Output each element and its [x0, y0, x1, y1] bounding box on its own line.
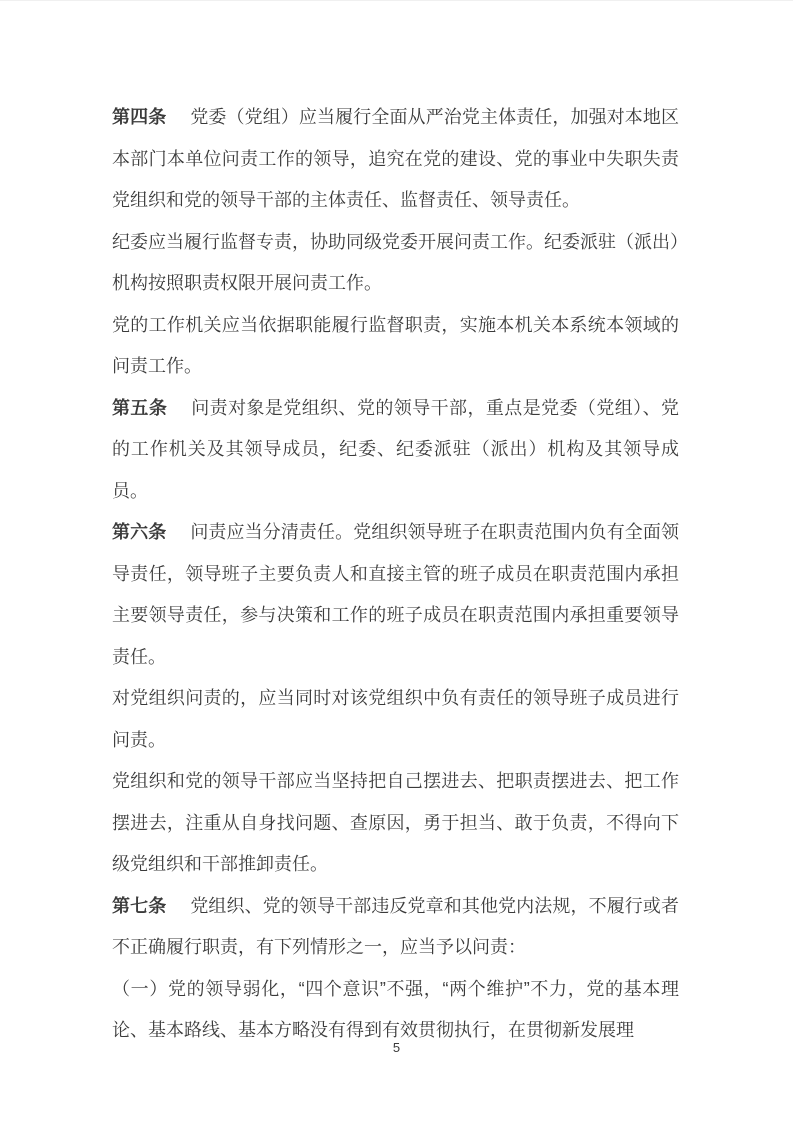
paragraph-text: 党委（党组）应当履行全面从严治党主体责任，加强对本地区本部门本单位问责工作的领导… [112, 107, 679, 210]
article-number: 第四条 [112, 107, 166, 127]
paragraph-text: 对党组织问责的，应当同时对该党组织中负有责任的领导班子成员进行问责。 [112, 688, 679, 750]
paragraph-text: 纪委应当履行监督专责，协助同级党委开展问责工作。纪委派驻（派出）机构按照职责权限… [112, 232, 679, 294]
article-number: 第五条 [112, 398, 167, 418]
article-paragraph: 第五条问责对象是党组织、党的领导干部，重点是党委（党组）、党的工作机关及其领导成… [112, 388, 679, 513]
article-number: 第六条 [112, 522, 166, 542]
article-paragraph: 第七条党组织、党的领导干部违反党章和其他党内法规，不履行或者不正确履行职责，有下… [112, 886, 679, 969]
page-number: 5 [0, 1040, 793, 1056]
paragraph-text: （一）党的领导弱化，“四个意识”不强，“两个维护”不力，党的基本理论、基本路线、… [112, 979, 679, 1041]
article-paragraph: 第六条问责应当分清责任。党组织领导班子在职责范围内负有全面领导责任，领导班子主要… [112, 512, 679, 678]
paragraph-text: 党组织和党的领导干部应当坚持把自己摆进去、把职责摆进去、把工作摆进去，注重从自身… [112, 771, 679, 874]
paragraph-text: 党组织、党的领导干部违反党章和其他党内法规，不履行或者不正确履行职责，有下列情形… [112, 896, 679, 958]
article-paragraph: 第四条党委（党组）应当履行全面从严治党主体责任，加强对本地区本部门本单位问责工作… [112, 97, 679, 222]
paragraph-text: 问责应当分清责任。党组织领导班子在职责范围内负有全面领导责任，领导班子主要负责人… [112, 522, 679, 667]
body-paragraph: 党组织和党的领导干部应当坚持把自己摆进去、把职责摆进去、把工作摆进去，注重从自身… [112, 761, 679, 886]
body-paragraph: 纪委应当履行监督专责，协助同级党委开展问责工作。纪委派驻（派出）机构按照职责权限… [112, 222, 679, 305]
body-paragraph: 对党组织问责的，应当同时对该党组织中负有责任的领导班子成员进行问责。 [112, 678, 679, 761]
paragraph-text: 问责对象是党组织、党的领导干部，重点是党委（党组）、党的工作机关及其领导成员，纪… [112, 398, 679, 501]
article-number: 第七条 [112, 896, 166, 916]
body-paragraph: 党的工作机关应当依据职能履行监督职责，实施本机关本系统本领域的问责工作。 [112, 305, 679, 388]
document-body: 第四条党委（党组）应当履行全面从严治党主体责任，加强对本地区本部门本单位问责工作… [112, 97, 679, 1052]
document-page: 第四条党委（党组）应当履行全面从严治党主体责任，加强对本地区本部门本单位问责工作… [0, 0, 793, 1123]
paragraph-text: 党的工作机关应当依据职能履行监督职责，实施本机关本系统本领域的问责工作。 [112, 315, 679, 377]
